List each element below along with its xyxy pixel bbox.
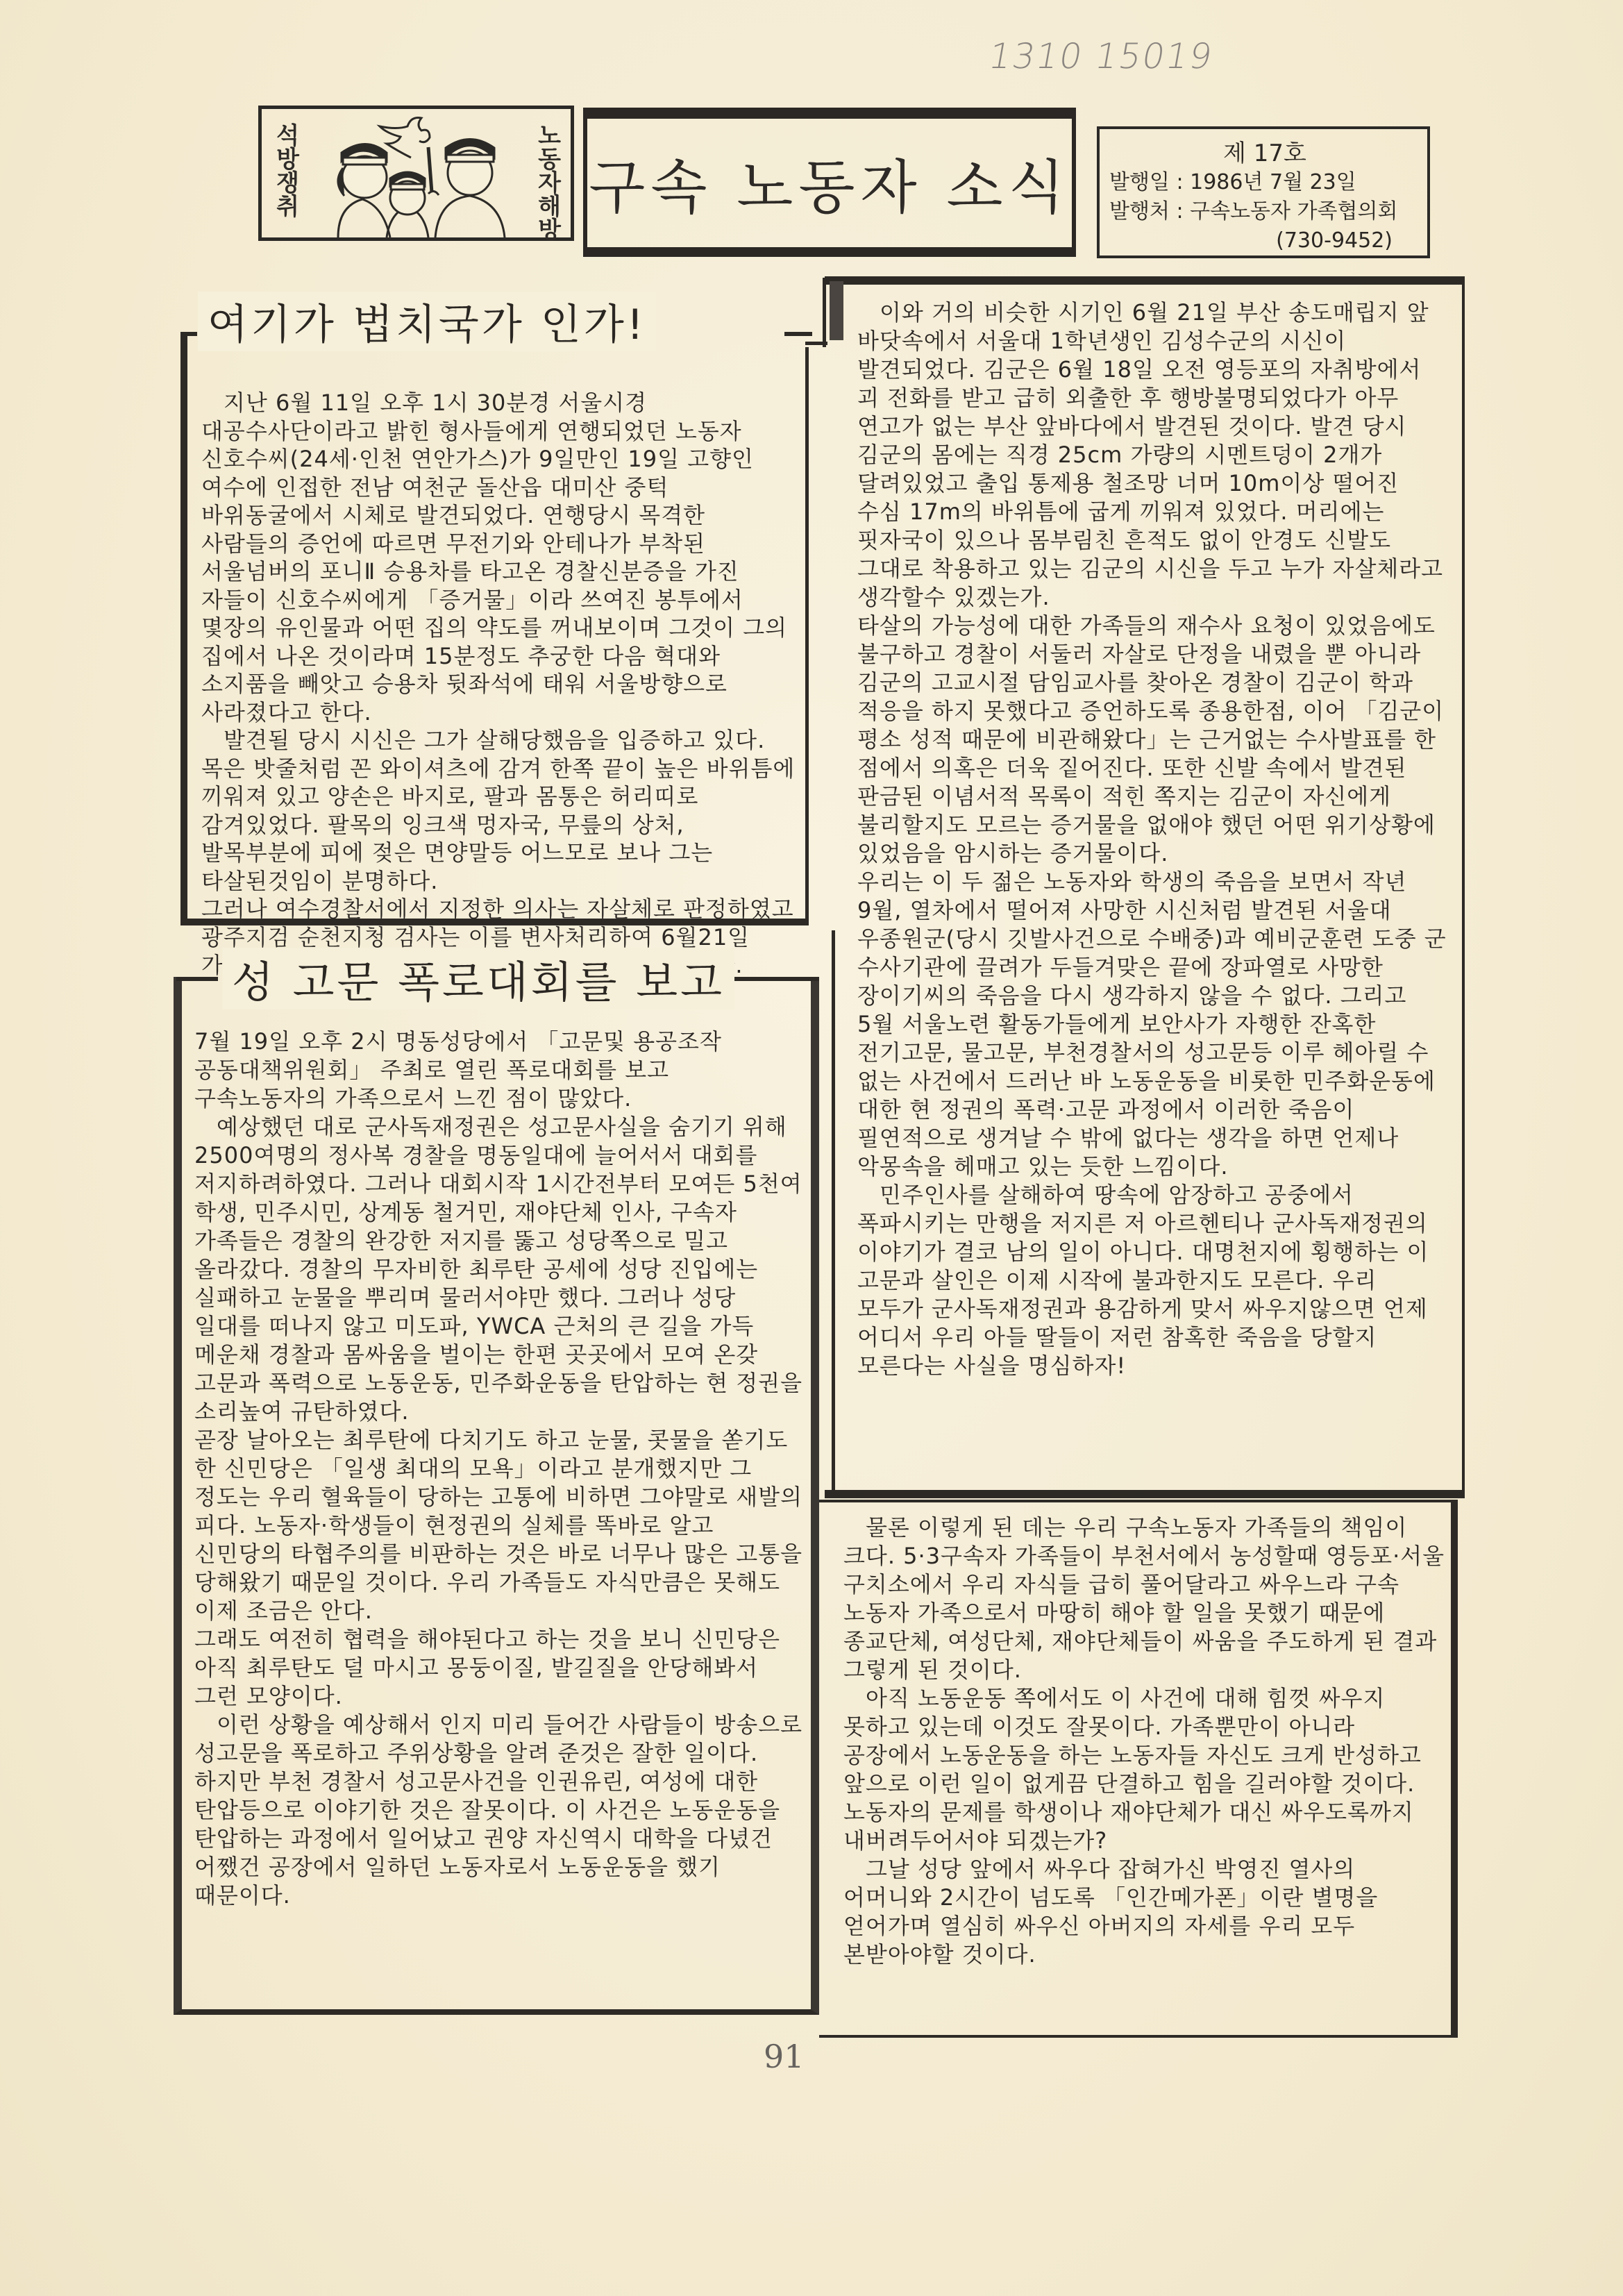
paragraph: 지난 6월 11일 오후 1시 30분경 서울시경 대공수사단이라고 밝힌 형사… [201, 389, 798, 726]
issue-number: 제 17호 [1109, 139, 1420, 168]
publisher-phone: (730-9452) [1109, 226, 1420, 255]
newsletter-title: 구속 노동자 소식 [589, 141, 1070, 225]
headline-rule [182, 332, 197, 336]
mascot-box: 석방쟁취 노동자해방 [258, 106, 574, 241]
paragraph: 물론 이렇게 된 데는 우리 구속노동자 가족들의 책임이 크다. 5·3구속자… [843, 1514, 1447, 1684]
paragraph: 타살의 가능성에 대한 가족들의 재수사 요청이 있었음에도 불구하고 경찰이 … [857, 612, 1451, 868]
publisher: 발행처 : 구속노동자 가족협의회 [1109, 197, 1420, 226]
headline-rule [784, 332, 812, 336]
paragraph: 발견될 당시 시신은 그가 살해당했음을 입증하고 있다. 목은 밧줄처럼 꼰 … [201, 726, 798, 895]
mascot-illustration-icon [324, 116, 512, 237]
frame-corner-bar [830, 281, 843, 340]
frame-inner-line [832, 930, 835, 1494]
frame-connector [805, 342, 827, 345]
frame-corner [823, 278, 826, 347]
paragraph: 이런 상황을 예상해서 인지 미리 들어간 사람들이 방송으로 성고문을 폭로하… [194, 1711, 805, 1910]
archive-number: 1310 15019 [986, 36, 1216, 76]
paragraph: 곧장 날아오는 최루탄에 다치기도 하고 눈물, 콧물을 쏟기도 한 신민당은 … [194, 1426, 805, 1625]
article-body-lawless-state: 지난 6월 11일 오후 1시 30분경 서울시경 대공수사단이라고 밝힌 형사… [201, 389, 798, 980]
paragraph: 예상했던 대로 군사독재정권은 성고문사실을 숨기기 위해 2500여명의 정사… [194, 1113, 805, 1426]
article-body-student-death: 이와 거의 비슷한 시기인 6월 21일 부산 송도매립지 앞 바닷속에서 서울… [857, 299, 1451, 1380]
paragraph: 이와 거의 비슷한 시기인 6월 21일 부산 송도매립지 앞 바닷속에서 서울… [857, 299, 1451, 612]
slogan-left: 석방쟁취 [271, 123, 299, 224]
paragraph: 아직 노동운동 쪽에서도 이 사건에 대해 힘껏 싸우지 못하고 있는데 이것도… [843, 1684, 1447, 1855]
publish-date: 발행일 : 1986년 7월 23일 [1109, 168, 1420, 197]
article-headline: 여기가 법치국가 인가! [198, 292, 656, 351]
headline-rule [176, 977, 218, 981]
page-number: 91 [764, 2038, 805, 2075]
slogan-left-text: 석방쟁취 [271, 123, 299, 217]
issue-info-box: 제 17호 발행일 : 1986년 7월 23일 발행처 : 구속노동자 가족협… [1097, 126, 1430, 258]
article-body-family-responsibility: 물론 이렇게 된 데는 우리 구속노동자 가족들의 책임이 크다. 5·3구속자… [843, 1514, 1447, 1969]
slogan-right-text: 노동자해방 [533, 123, 561, 241]
paragraph: 그래도 여전히 협력을 해야된다고 하는 것을 보니 신민당은 아직 최루탄도 … [194, 1625, 805, 1711]
paragraph: 7월 19일 오후 2시 명동성당에서 「고문및 용공조작 공동대책위원회」 주… [194, 1028, 805, 1113]
paragraph: 민주인사를 살해하여 땅속에 암장하고 공중에서 폭파시키는 만행을 저지른 저… [857, 1181, 1451, 1380]
paragraph: 우리는 이 두 젊은 노동자와 학생의 죽음을 보면서 작년 9월, 열차에서 … [857, 868, 1451, 1181]
paragraph: 그날 성당 앞에서 싸우다 잡혀가신 박영진 열사의 어머니와 2시간이 넘도록… [843, 1855, 1447, 1969]
article-body-torture-report: 7월 19일 오후 2시 명동성당에서 「고문및 용공조작 공동대책위원회」 주… [194, 1028, 805, 1910]
newsletter-title-box: 구속 노동자 소식 [583, 108, 1076, 257]
slogan-right: 노동자해방 [533, 123, 561, 247]
article-headline: 성 고문 폭로대회를 보고 [222, 948, 734, 1009]
